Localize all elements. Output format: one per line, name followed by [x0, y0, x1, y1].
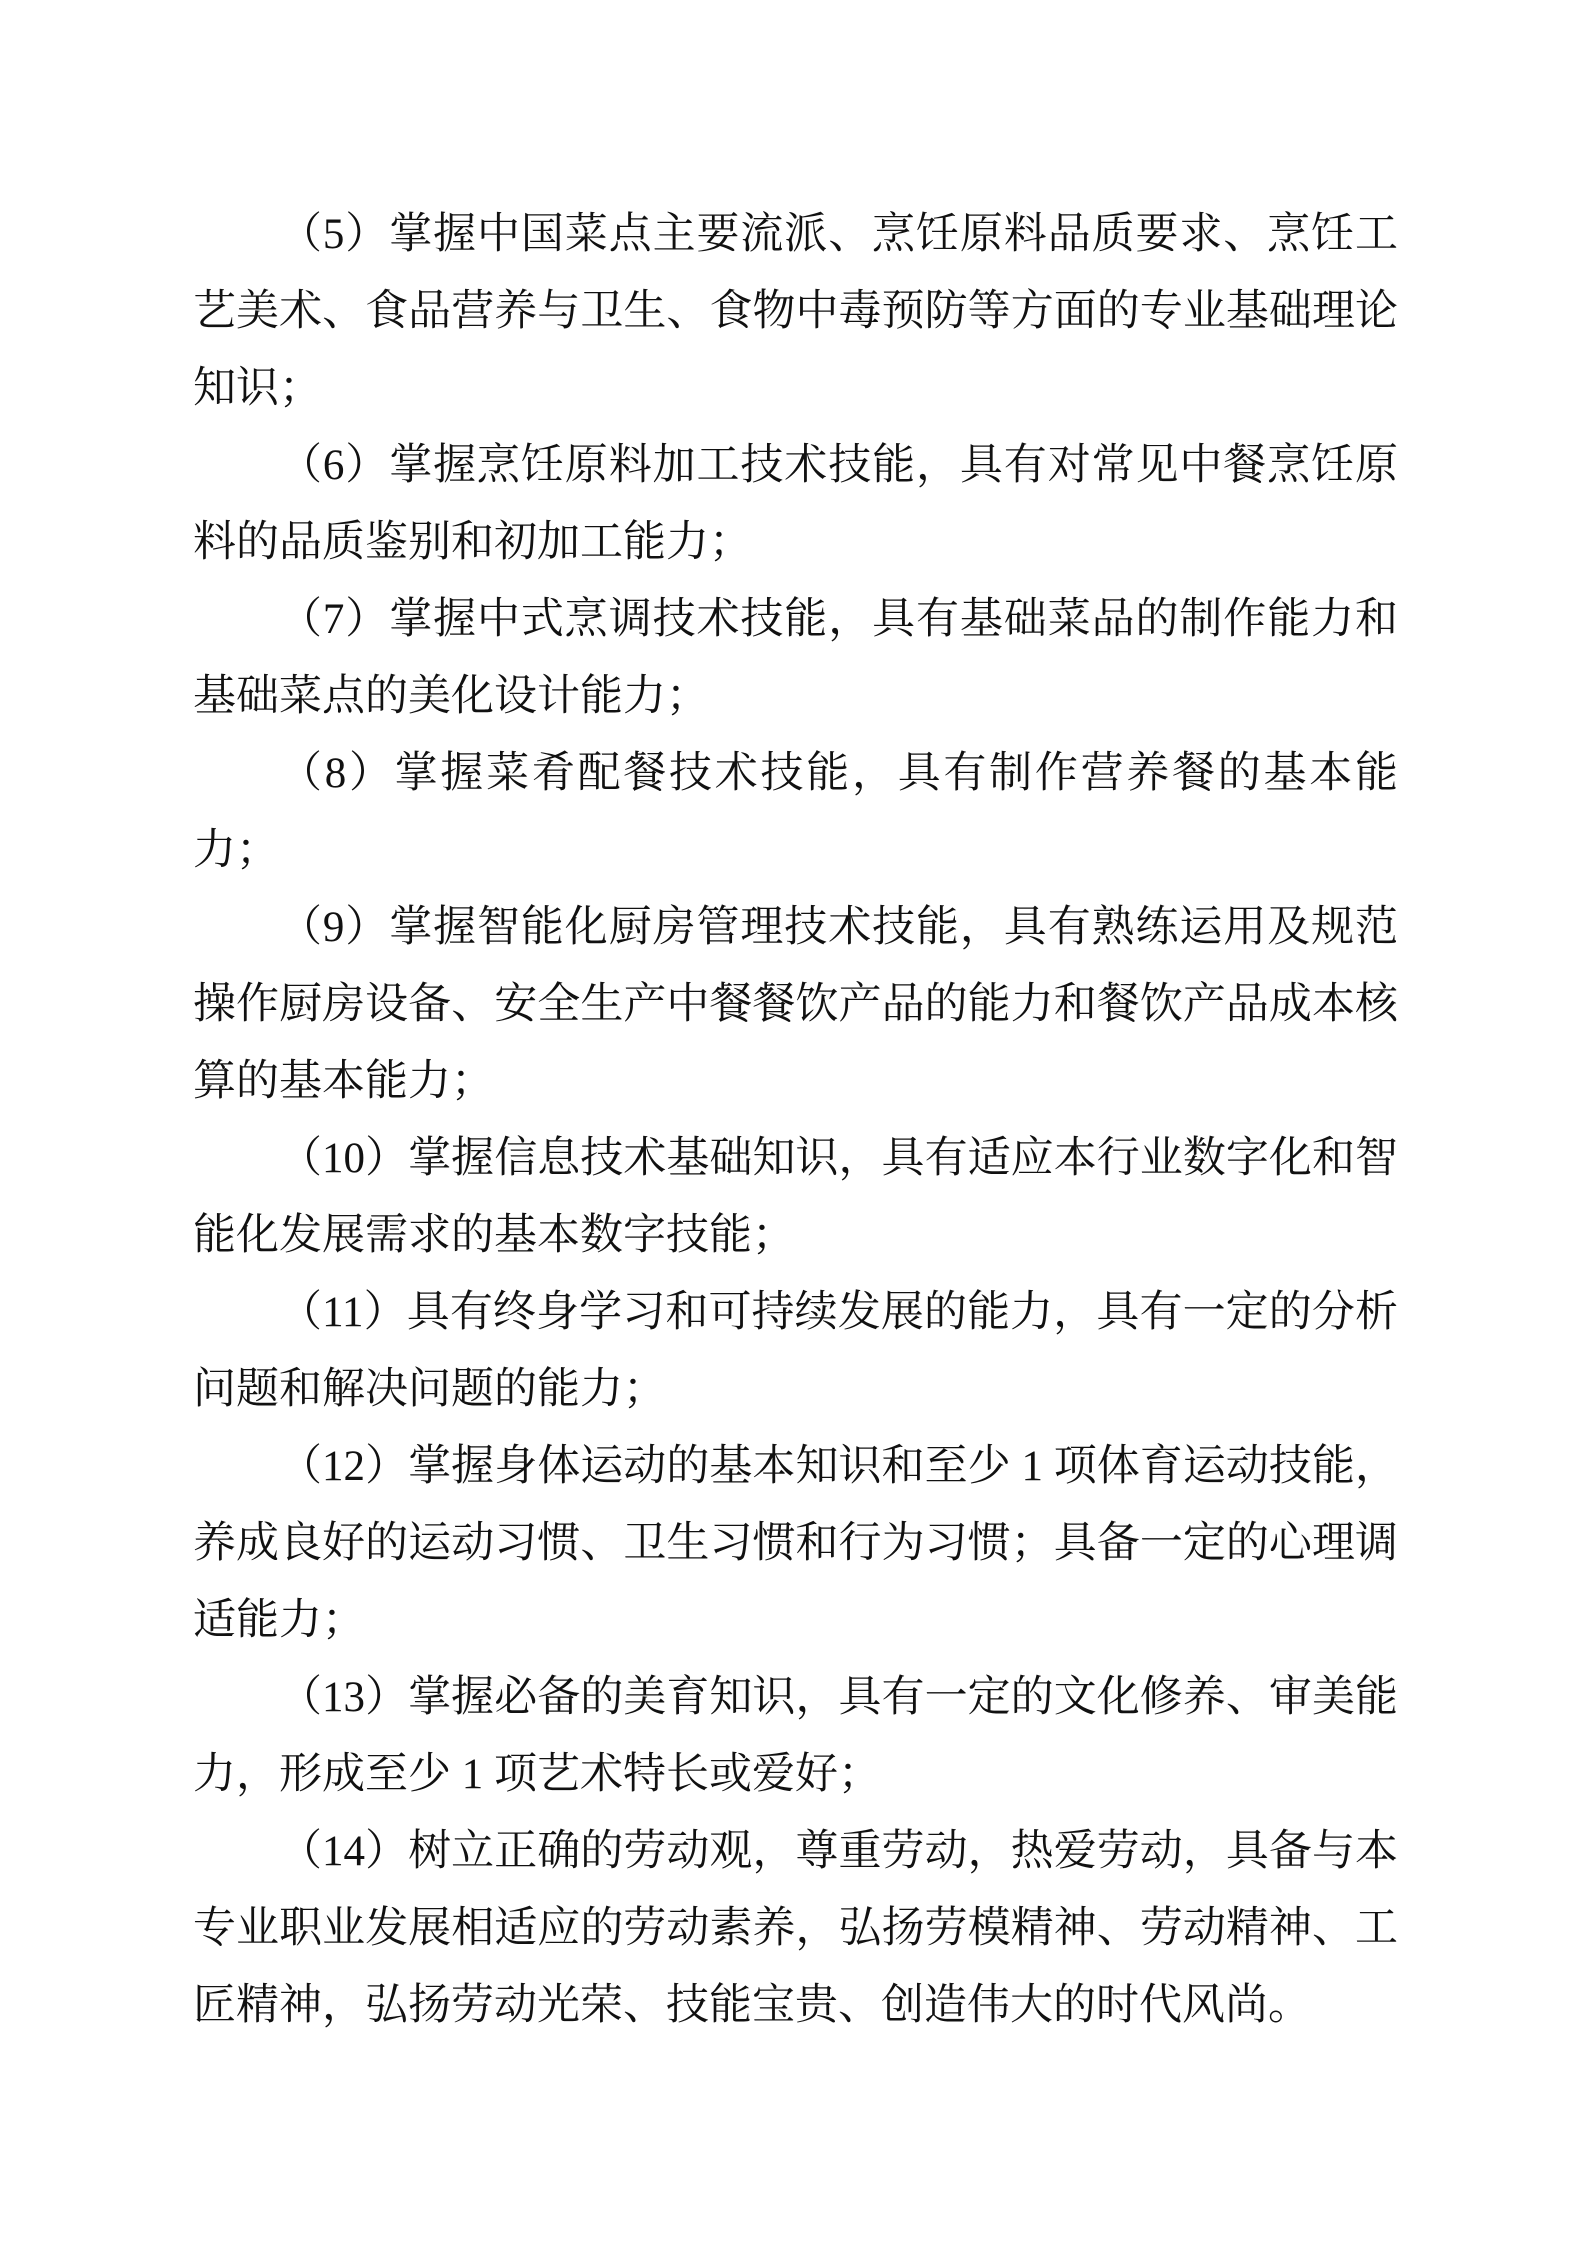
paragraph-item-8: （8）掌握菜肴配餐技术技能，具有制作营养餐的基本能力； [193, 735, 1398, 889]
paragraph-item-6: （6）掌握烹饪原料加工技术技能，具有对常见中餐烹饪原料的品质鉴别和初加工能力； [193, 427, 1398, 581]
paragraph-item-10: （10）掌握信息技术基础知识，具有适应本行业数字化和智能化发展需求的基本数字技能… [193, 1120, 1398, 1274]
paragraph-item-12: （12）掌握身体运动的基本知识和至少 1 项体育运动技能，养成良好的运动习惯、卫… [193, 1428, 1398, 1659]
paragraph-item-13: （13）掌握必备的美育知识，具有一定的文化修养、审美能力，形成至少 1 项艺术特… [193, 1659, 1398, 1813]
paragraph-item-14: （14）树立正确的劳动观，尊重劳动，热爱劳动，具备与本专业职业发展相适应的劳动素… [193, 1813, 1398, 2044]
paragraph-item-11: （11）具有终身学习和可持续发展的能力，具有一定的分析问题和解决问题的能力； [193, 1274, 1398, 1428]
paragraph-item-9: （9）掌握智能化厨房管理技术技能，具有熟练运用及规范操作厨房设备、安全生产中餐餐… [193, 889, 1398, 1120]
document-page: （5）掌握中国菜点主要流派、烹饪原料品质要求、烹饪工艺美术、食品营养与卫生、食物… [0, 0, 1587, 2245]
paragraph-item-5: （5）掌握中国菜点主要流派、烹饪原料品质要求、烹饪工艺美术、食品营养与卫生、食物… [193, 196, 1398, 427]
paragraph-item-7: （7）掌握中式烹调技术技能，具有基础菜品的制作能力和基础菜点的美化设计能力； [193, 581, 1398, 735]
document-body: （5）掌握中国菜点主要流派、烹饪原料品质要求、烹饪工艺美术、食品营养与卫生、食物… [193, 196, 1398, 2044]
